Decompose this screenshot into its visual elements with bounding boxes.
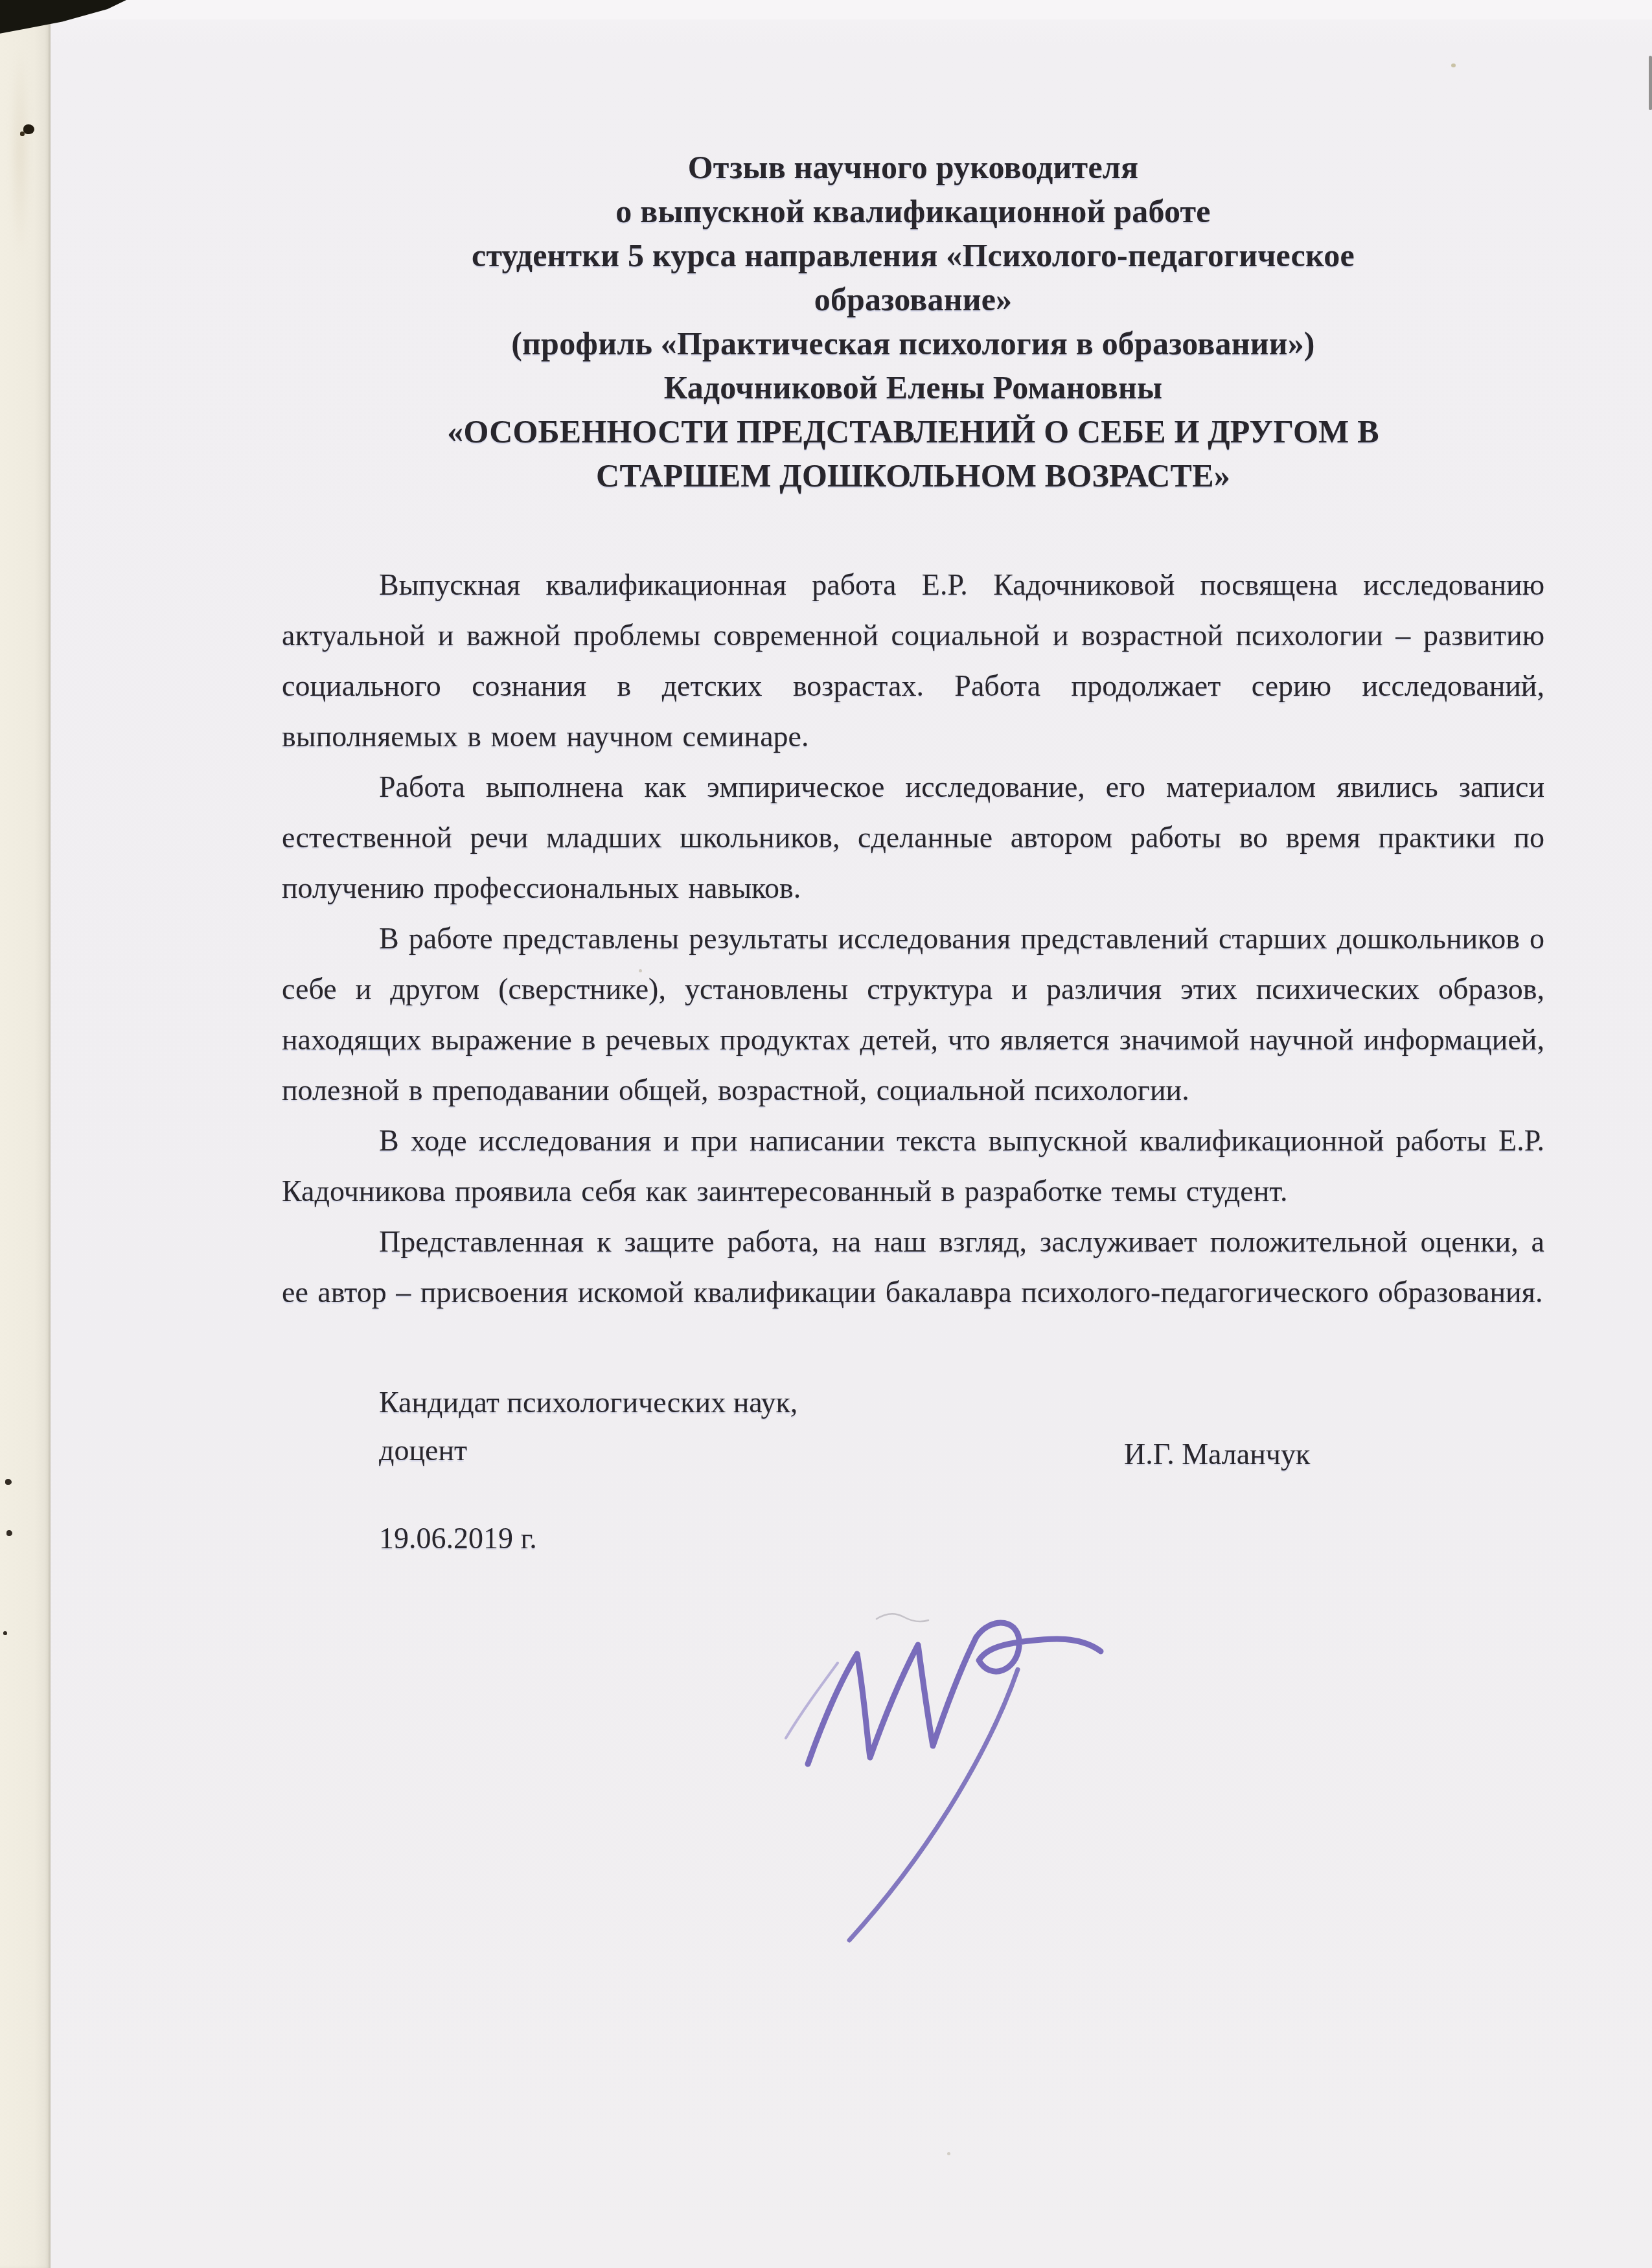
document-page: Отзыв научного руководителя о выпускной …: [282, 0, 1544, 1563]
paragraph: Работа выполнена как эмпирическое исслед…: [282, 762, 1544, 913]
scanned-document: Отзыв научного руководителя о выпускной …: [0, 0, 1652, 2268]
scan-speck: [3, 1631, 7, 1635]
scan-right-edge-artifact: [1649, 56, 1652, 110]
paragraph: Представленная к защите работа, на наш в…: [282, 1217, 1544, 1318]
review-body: Выпускная квалификационная работа Е.Р. К…: [282, 560, 1544, 1318]
paper-smudge: [9, 45, 31, 259]
handwritten-signature: [768, 1590, 1130, 1953]
signer-degree: Кандидат психологических наук,: [379, 1379, 1544, 1426]
signer-name: И.Г. Маланчук: [1124, 1430, 1310, 1478]
scan-speck: [23, 124, 34, 134]
signature-block: Кандидат психологических наук, доцент И.…: [282, 1379, 1544, 1563]
signer-position: доцент: [379, 1434, 467, 1467]
scan-speck: [5, 1479, 12, 1485]
title-line-thesis-name: СТАРШЕМ ДОШКОЛЬНОМ ВОЗРАСТЕ»: [282, 453, 1544, 498]
paragraph: В ходе исследования и при написании текс…: [282, 1116, 1544, 1217]
title-line: студентки 5 курса направления «Психолого…: [282, 233, 1544, 277]
title-line-student-name: Кадочниковой Елены Романовны: [282, 365, 1544, 409]
scan-speck: [947, 2152, 950, 2155]
signature-date: 19.06.2019 г.: [379, 1515, 1544, 1563]
paragraph: Выпускная квалификационная работа Е.Р. К…: [282, 560, 1544, 762]
scan-speck: [20, 132, 25, 136]
page-left-edge: [0, 17, 51, 2268]
title-line: (профиль «Практическая психология в обра…: [282, 321, 1544, 365]
paragraph: В работе представлены результаты исследо…: [282, 913, 1544, 1116]
title-line-thesis-name: «ОСОБЕННОСТИ ПРЕДСТАВЛЕНИЙ О СЕБЕ И ДРУГ…: [282, 409, 1544, 453]
document-title: Отзыв научного руководителя о выпускной …: [282, 145, 1544, 498]
title-line: образование»: [282, 277, 1544, 321]
title-line: о выпускной квалификационной работе: [282, 189, 1544, 233]
scan-speck: [6, 1530, 12, 1536]
title-line: Отзыв научного руководителя: [282, 145, 1544, 189]
